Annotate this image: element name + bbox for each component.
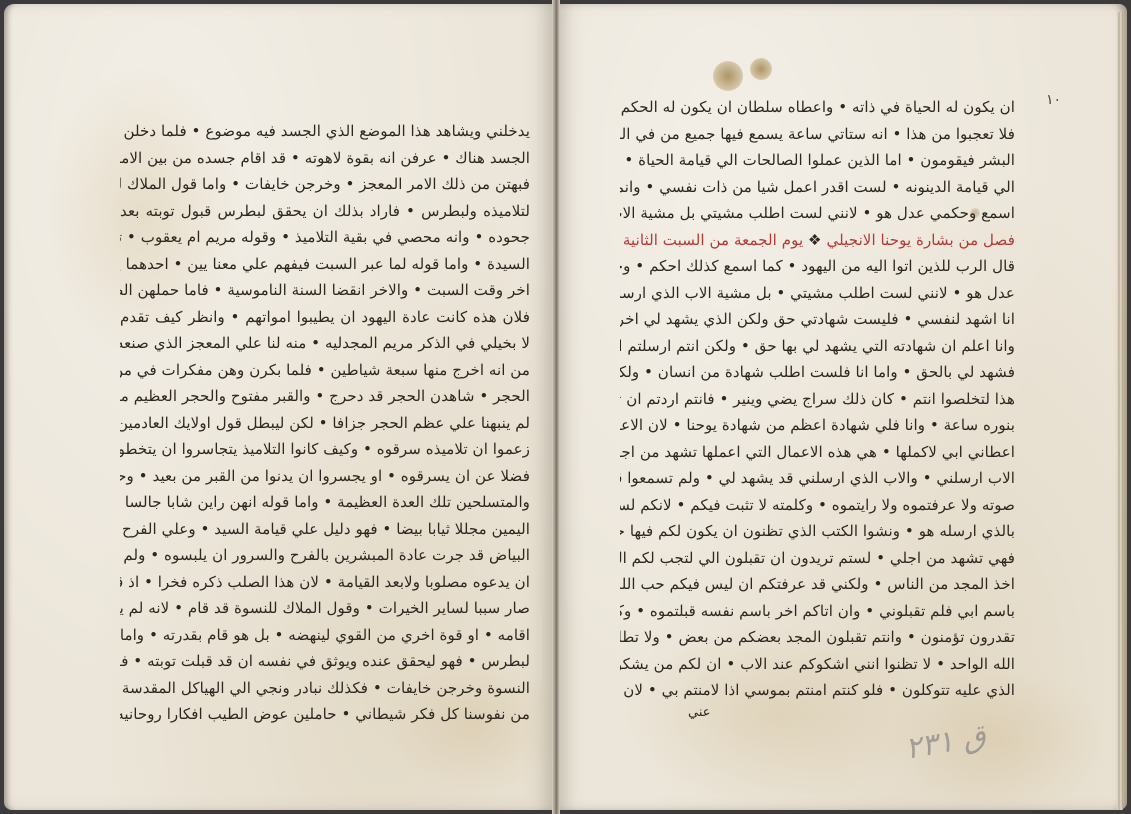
text-line: الذي عليه تتوكلون • فلو كنتم امنتم بموسي… [620,677,1015,704]
left-page-text: يدخلني ويشاهد هذا الموضع الذي الجسد فيه … [120,118,530,728]
text-line: الاب ارسلني • والاب الذي ارسلني قد يشهد … [620,465,1015,492]
text-line: اعطاني ابي لاكملها • هي هذه الاعمال التي… [620,439,1015,466]
ink-stain [750,58,772,80]
page-edges [1117,12,1123,810]
rubric-occasion: يوم الجمعة من السبت الثانية بعد الفصح [620,231,803,249]
ornament-icon: ❖ [808,231,822,249]
text-line: ان يكون له الحياة في ذاته • واعطاه سلطان… [620,94,1015,121]
text-line: فهي تشهد من اجلي • لستم تريدون ان تقبلون… [620,545,1015,572]
text-line: يدخلني ويشاهد هذا الموضع الذي الجسد فيه … [120,118,530,145]
text-line: فبهتن من ذلك الامر المعجز • وخرجن خايفات… [120,171,530,198]
book-gutter [552,0,560,814]
text-line: الجسد هناك • عرفن انه بقوة لاهوته • قد ا… [120,145,530,172]
text-line: السيدة • واما قوله لما عبر السبت فيفهم ع… [120,251,530,278]
text-line: لبطرس • فهو ليحقق عنده ويوثق في نفسه ان … [120,648,530,675]
text-line: جحوده • وانه محصي في بقية التلاميذ • وقو… [120,224,530,251]
text-line: فشهد لي بالحق • واما انا فلست اطلب شهادة… [620,359,1015,386]
text-line: اسمع وحكمي عدل هو • لانني لست اطلب مشيتي… [620,200,1015,227]
folio-number: ١٠ [1046,92,1061,108]
right-page-text: ان يكون له الحياة في ذاته • واعطاه سلطان… [620,94,1015,704]
text-line: فضلا عن ان يسرقوه • او يجسروا ان يدنوا م… [120,463,530,490]
text-line: من انه اخرج منها سبعة شياطين • فلما بكرن… [120,357,530,384]
text-line: باسم ابي فلم تقبلوني • وان اتاكم اخر باس… [620,598,1015,625]
text-line: من نفوسنا كل فكر شيطاني • حاملين عوض الط… [120,701,530,728]
catchword: عني [688,705,711,720]
text-line: اخر وقت السبت • والاخر انقضا السنة النام… [120,277,530,304]
text-line: بنوره ساعة • وانا فلي شهادة اعظم من شهاد… [620,412,1015,439]
text-line: عدل هو • لانني لست اطلب مشيتي • بل مشية … [620,280,1015,307]
text-line: لا بخيلي في الذكر مريم المجدليه • منه لن… [120,330,530,357]
text-line: البشر فيقومون • اما الذين عملوا الصالحات… [620,147,1015,174]
text-line: فلا تعجبوا من هذا • انه ستاتي ساعة يسمع … [620,121,1015,148]
text-line: لتلاميذه ولبطرس • فاراد بذلك ان يحقق لبط… [120,198,530,225]
open-manuscript: يدخلني ويشاهد هذا الموضع الذي الجسد فيه … [0,0,1131,814]
text-line: وانا اعلم ان شهادته التي يشهد لي بها حق … [620,333,1015,360]
rubric-title: فصل من بشارة يوحنا الانجيلي [827,231,1016,249]
text-line: صوته ولا عرفتموه ولا رايتموه • وكلمته لا… [620,492,1015,519]
text-line: صار سببا لساير الخيرات • وقول الملاك للن… [120,595,530,622]
text-line: الله الواحد • لا تظنوا انني اشكوكم عند ا… [620,651,1015,678]
text-line: قال الرب للذين اتوا اليه من اليهود • كما… [620,253,1015,280]
text-line: تقدرون تؤمنون • وانتم تقبلون المجد بعضكم… [620,624,1015,651]
text-line: هذا لتخلصوا انتم • كان ذلك سراج يضي ويني… [620,386,1015,413]
text-line: البياض قد جرت عادة المبشرين بالفرح والسر… [120,542,530,569]
text-line: اقامه • او قوة اخري من القوي لينهضه • بل… [120,622,530,649]
text-line: لم ينبهنا علي عظم الحجر جزافا • لكن ليبط… [120,410,530,437]
text-line: الي قيامة الدينونه • لست اقدر اعمل شيا م… [620,174,1015,201]
text-line: ان يدعوه مصلوبا ولابعد القيامة • لان هذا… [120,569,530,596]
text-line: بالذي ارسله هو • ونشوا الكتب الذي تظنون … [620,518,1015,545]
text-line: اليمين مجللا ثيابا بيضا • فهو دليل علي ق… [120,516,530,543]
text-line: اخذ المجد من الناس • ولكني قد عرفتكم ان … [620,571,1015,598]
text-line: النسوة وخرجن خايفات • فكذلك نبادر ونجي ا… [120,675,530,702]
text-line: انا اشهد لنفسي • فليست شهادتي حق ولكن ال… [620,306,1015,333]
text-line: فلان هذه كانت عادة اليهود ان يطيبوا اموا… [120,304,530,331]
text-line: زعموا ان تلاميذه سرقوه • وكيف كانوا التل… [120,436,530,463]
text-line: والمتسلحين تلك العدة العظيمة • واما قوله… [120,489,530,516]
rubric-heading: فصل من بشارة يوحنا الانجيلي ❖ يوم الجمعة… [620,227,1015,254]
ink-stain [713,61,743,91]
text-line: الحجر • شاهدن الحجر قد دحرج • والقبر مفت… [120,383,530,410]
